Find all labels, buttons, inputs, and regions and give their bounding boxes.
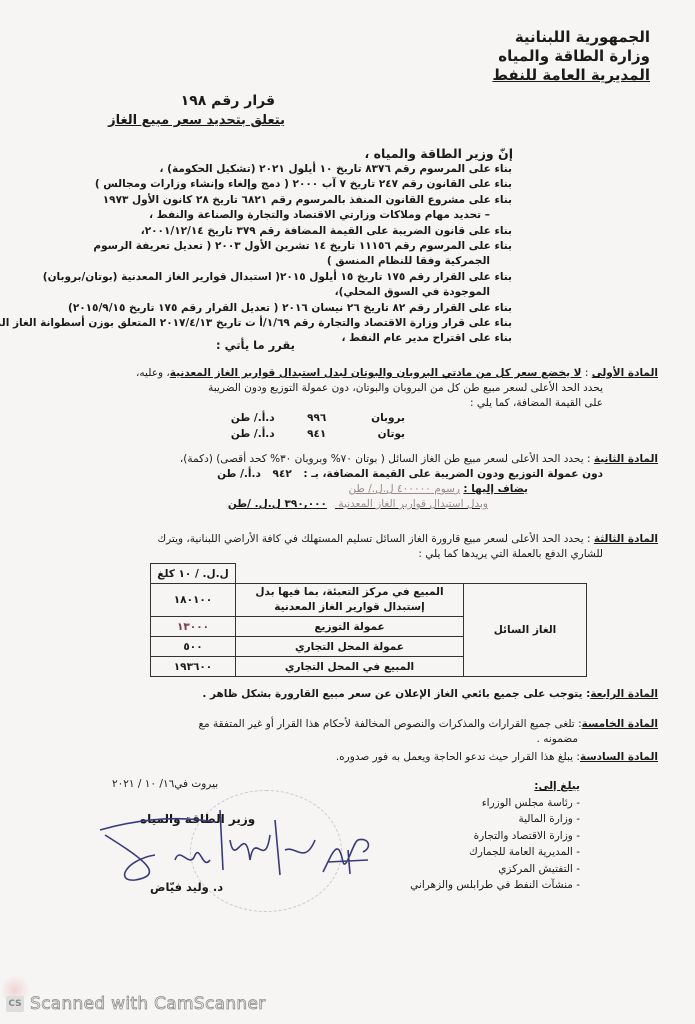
basis-item: بناء على مشروع القانون المنفذ بالمرسوم ر… [0,193,512,208]
basis-item: الجمركية وفقا للنظام المنسق ) [0,254,512,269]
notify-item: رئاسة مجلس الوزراء [410,795,580,812]
notify-item: وزارة المالية [410,811,580,828]
letterhead: الجمهورية اللبنانية وزارة الطاقة والمياه… [492,28,650,85]
basis-item: بناء على القرار رقم ١٧٥ تاريخ ١٥ أيلول ٢… [0,270,512,285]
initials-icon [318,832,378,877]
price-row-butane: بوتان ٩٤١ د.أ./ طن [231,428,405,440]
row-label: عمولة المحل التجاري [236,637,464,657]
article-4-text: يتوجب على جميع بائعي الغاز الإعلان عن سع… [202,688,582,700]
price-unit: د.أ./ طن [231,412,275,424]
basis-item: بناء على قرار وزارة الاقتصاد والتجارة رق… [0,316,512,331]
addition-cylinder-value: ٣٩٠,٠٠٠ ل.ل. /طن [228,498,335,510]
article-5-text-2: مضمونه . [198,732,658,747]
letterhead-directorate: المديرية العامة للنفط [492,66,650,85]
article-heading: المادة الثالثة [594,533,658,545]
signature-icon [95,800,325,890]
lpg-price-value: ٩٤٢ [265,468,300,480]
price-table: ل.ل. / ١٠ كلغ الغاز السائل المبيع في مرك… [150,563,587,677]
notify-list: يبلغ إلى: رئاسة مجلس الوزراء وزارة المال… [410,778,580,894]
row-value: ٥٠٠ [151,637,236,657]
article-1-body-2: على القيمة المضافة، كما يلي : [136,396,658,411]
letterhead-ministry: وزارة الطاقة والمياه [492,47,650,66]
basis-item: بناء على القانون رقم ٢٤٧ تاريخ ٧ آب ٢٠٠٠… [0,177,512,192]
article-heading: المادة الخامسة [582,718,658,730]
article-5-text-1: تلغى جميع القرارات والمذكرات والنصوص الم… [198,718,574,730]
watermark-text: Scanned with CamScanner [30,994,266,1014]
article-6-text: يبلغ هذا القرار حيث تدعو الحاجة ويعمل به… [336,751,573,763]
article-heading: المادة السادسة [580,751,658,763]
article-1-body-1: يحدد الحد الأعلى لسعر مبيع طن كل من البر… [136,381,658,396]
basis-item: بناء على المرسوم رقم ١١١٥٦ تاريخ ١٤ تشري… [0,239,512,254]
product-name: بروبان [330,412,405,424]
place-date: بيروت في١٦/ ١٠ / ٢٠٢١ [112,778,218,790]
addition-fees: رسوم ٤٠٠٠٠٠ ل.ل./ طن [349,483,460,495]
price-value: ٩٤١ [278,428,326,440]
article-4: المادة الرابعة: يتوجب على جميع بائعي الغ… [202,687,658,702]
decision-number: قرار رقم ١٩٨ [181,93,275,109]
article-heading: المادة الأولى [592,367,658,379]
article-1: المادة الأولى : لا يخضع سعر كل من مادتي … [136,366,658,411]
price-value: ٩٩٦ [278,412,326,424]
lpg-price-unit: د.أ./ طن [217,468,261,480]
basis-item: بناء على المرسوم رقم ٨٣٧٦ تاريخ ١٠ أيلول… [0,162,512,177]
unit-header: ل.ل. / ١٠ كلغ [151,564,236,584]
article-3-line-1: يحدد الحد الأعلى لسعر مبيع قارورة الغاز … [157,533,583,545]
article-2-line-1: يحدد الحد الأعلى لسعر مبيع طن الغاز السا… [180,453,584,465]
article-6: المادة السادسة: يبلغ هذا القرار حيث تدعو… [336,750,658,765]
category-cell: الغاز السائل [464,584,587,677]
legal-basis-list: بناء على المرسوم رقم ٨٣٧٦ تاريخ ١٠ أيلول… [0,162,512,347]
article-2-line-2: دون عمولة التوزيع ودون الضريبة على القيم… [303,468,603,480]
basis-item: – تحديد مهام وملاكات وزارتي الاقتصاد وال… [0,208,512,223]
decree-page: الجمهورية اللبنانية وزارة الطاقة والمياه… [0,0,695,1024]
camscanner-watermark: CS Scanned with CamScanner [6,994,266,1014]
notify-item: المديرية العامة للجمارك [410,844,580,861]
decision-subject: يتعلق بتحديد سعر مبيع الغاز [108,113,285,128]
basis-item: بناء على قانون الضريبة على القيمة المضاف… [0,224,512,239]
row-value: ١٩٣٦٠٠ [151,657,236,677]
article-1-lead: لا يخضع سعر كل من مادتي البروبان والبوتا… [170,367,582,379]
article-3: المادة الثالثة : يحدد الحد الأعلى لسعر م… [157,532,658,562]
decides-heading: يقرر ما يأتي : [216,338,295,352]
notify-title: يبلغ إلى: [410,778,580,795]
basis-item: الموجودة في السوق المحلي)، [0,285,512,300]
addition-cylinder-label: وبدل استبدال قوارير الغاز المعدنية [338,498,488,510]
row-label: المبيع في المحل التجاري [236,657,464,677]
camscanner-logo-icon: CS [6,996,24,1012]
article-2: المادة الثانية : يحدد الحد الأعلى لسعر م… [180,452,658,512]
letterhead-country: الجمهورية اللبنانية [492,28,650,47]
article-heading: المادة الرابعة [590,688,658,700]
notify-item: التفتيش المركزي [410,861,580,878]
article-3-line-2: للشاري الدفع بالعملة التي يريدها كما يلي… [157,547,658,562]
article-5: المادة الخامسة: تلغى جميع القرارات والمذ… [198,717,658,747]
article-1-lead-tail: ، وعليه، [136,367,170,379]
row-label: عمولة التوزيع [236,617,464,637]
preamble: إنّ وزير الطاقة والمياه ، [365,146,513,161]
product-name: بوتان [330,428,405,440]
price-unit: د.أ./ طن [231,428,275,440]
row-value: ١٣٠٠٠ [151,617,236,637]
basis-item: بناء على القرار رقم ٨٢ تاريخ ٢٦ نيسان ٢٠… [0,301,512,316]
notify-item: وزارة الاقتصاد والتجارة [410,828,580,845]
row-value: ١٨٠١٠٠ [151,584,236,617]
article-heading: المادة الثانية [594,453,658,465]
addition-label: يضاف إليها : [463,483,528,495]
row-label: المبيع في مركز التعبئة، بما فيها بدل إست… [236,584,464,617]
signatory-name: د. وليد فيّاض [150,880,223,894]
notify-item: منشآت النفط في طرابلس والزهراني [410,877,580,894]
price-row-propane: بروبان ٩٩٦ د.أ./ طن [231,412,405,424]
